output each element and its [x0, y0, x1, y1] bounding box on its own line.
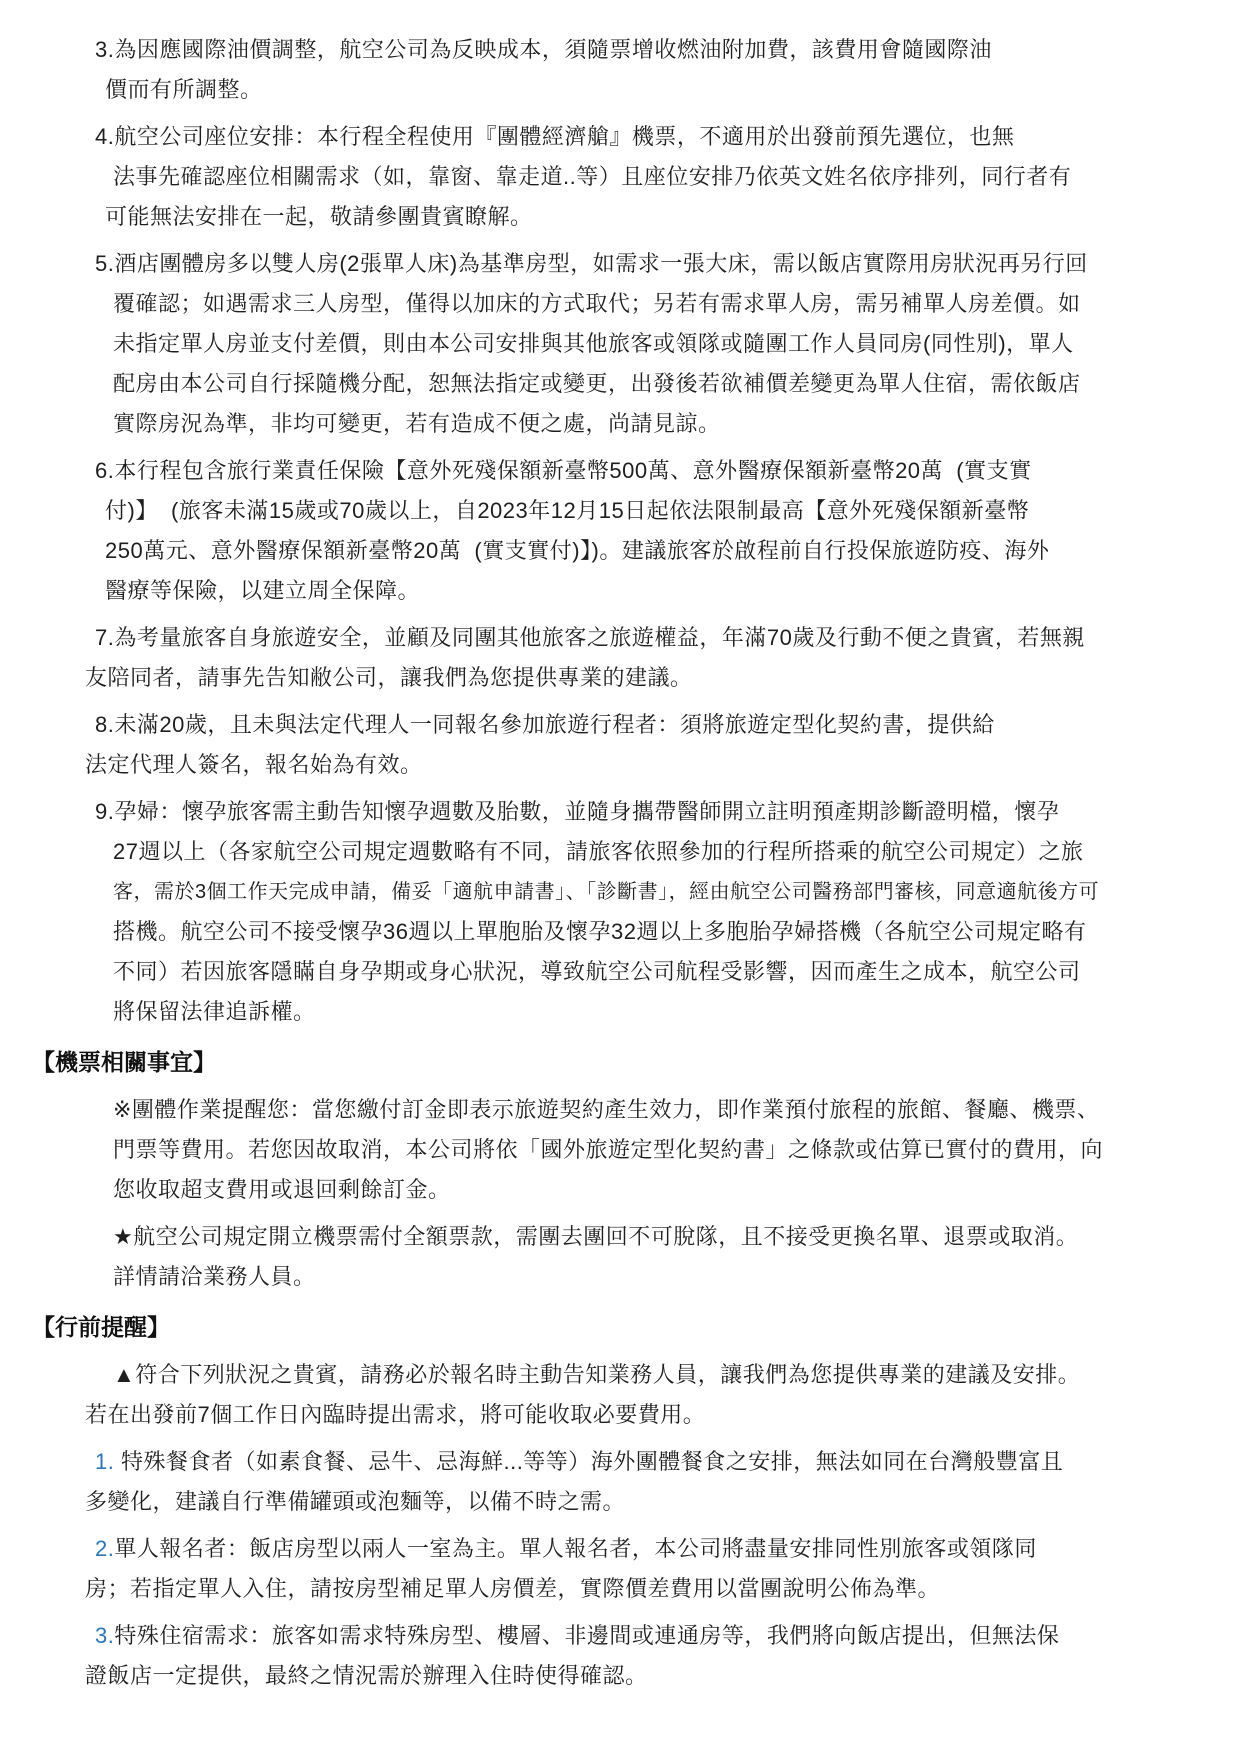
terms-document: 3.為因應國際油價調整，航空公司為反映成本，須隨票增收燃油附加費，該費用會隨國際… — [0, 0, 1241, 1696]
text-line: ★航空公司規定開立機票需付全額票款，需團去團回不可脫隊，且不接受更換名單、退票或… — [0, 1217, 1241, 1257]
line-text: 27週以上（各家航空公司規定週數略有不同，請旅客依照參加的行程所搭乘的航空公司規… — [113, 839, 1083, 864]
line-text: 為考量旅客自身旅遊安全，並顧及同團其他旅客之旅遊權益，年滿70歲及行動不便之貴賓… — [114, 625, 1084, 650]
line-text: 未滿20歲，且未與法定代理人一同報名參加旅遊行程者：須將旅遊定型化契約書，提供給 — [114, 712, 994, 737]
text-line: 27週以上（各家航空公司規定週數略有不同，請旅客依照參加的行程所搭乘的航空公司規… — [0, 832, 1241, 872]
line-text: ★航空公司規定開立機票需付全額票款，需團去團回不可脫隊，且不接受更換名單、退票或… — [113, 1224, 1078, 1249]
notice-item-8: 8.未滿20歲，且未與法定代理人一同報名參加旅遊行程者：須將旅遊定型化契約書，提… — [0, 705, 1241, 785]
text-line: 搭機。航空公司不接受懷孕36週以上單胞胎及懷孕32週以上多胞胎孕婦搭機（各航空公… — [0, 912, 1241, 952]
line-text: 配房由本公司自行採隨機分配，恕無法指定或變更，出發後若欲補價差變更為單人住宿，需… — [113, 371, 1081, 396]
notice-item-6: 6.本行程包含旅行業責任保險【意外死殘保額新臺幣500萬、意外醫療保額新臺幣20… — [0, 451, 1241, 611]
text-line: 友陪同者，請事先告知敝公司，讓我們為您提供專業的建議。 — [0, 658, 1241, 698]
line-text: 特殊住宿需求：旅客如需求特殊房型、樓層、非邊間或連通房等，我們將向飯店提出，但無… — [114, 1623, 1059, 1648]
item-number: 8. — [95, 712, 114, 737]
line-text: 可能無法安排在一起，敬請參團貴賓瞭解。 — [105, 204, 533, 229]
line-text: 航空公司座位安排：本行程全程使用『團體經濟艙』機票，不適用於出發前預先選位，也無 — [114, 124, 1014, 149]
text-line: 5.酒店團體房多以雙人房(2張單人床)為基準房型，如需求一張大床，需以飯店實際用… — [0, 244, 1241, 284]
text-line: 250萬元、意外醫療保額新臺幣20萬 (實支實付)】)。建議旅客於啟程前自行投保… — [0, 531, 1241, 571]
text-line: 詳情請洽業務人員。 — [0, 1257, 1241, 1297]
item-number: 3. — [95, 1623, 114, 1648]
pretrip-intro: ▲符合下列狀況之貴賓，請務必於報名時主動告知業務人員，讓我們為您提供專業的建議及… — [0, 1355, 1241, 1435]
line-text: 孕婦：懷孕旅客需主動告知懷孕週數及胎數，並隨身攜帶醫師開立註明預產期診斷證明檔，… — [114, 799, 1059, 824]
item-number: 4. — [95, 124, 114, 149]
line-text: 特殊餐食者（如素食餐、忌牛、忌海鮮...等等）海外團體餐食之安排，無法如同在台灣… — [114, 1449, 1063, 1474]
notice-item-5: 5.酒店團體房多以雙人房(2張單人床)為基準房型，如需求一張大床，需以飯店實際用… — [0, 244, 1241, 444]
line-text: 客，需於3個工作天完成申請，備妥「適航申請書」、「診斷書」，經由航空公司醫務部門… — [113, 881, 1099, 903]
text-line: 2.單人報名者：飯店房型以兩人一室為主。單人報名者，本公司將盡量安排同性別旅客或… — [0, 1529, 1241, 1569]
text-line: 客，需於3個工作天完成申請，備妥「適航申請書」、「診斷書」，經由航空公司醫務部門… — [0, 872, 1241, 912]
section-heading-pretrip: 【行前提醒】 — [0, 1306, 1241, 1348]
line-text: 詳情請洽業務人員。 — [113, 1264, 316, 1289]
text-line: 3.特殊住宿需求：旅客如需求特殊房型、樓層、非邊間或連通房等，我們將向飯店提出，… — [0, 1616, 1241, 1656]
line-text: ▲符合下列狀況之貴賓，請務必於報名時主動告知業務人員，讓我們為您提供專業的建議及… — [113, 1362, 1080, 1387]
text-line: 醫療等保險，以建立周全保障。 — [0, 571, 1241, 611]
line-text: 友陪同者，請事先告知敝公司，讓我們為您提供專業的建議。 — [85, 665, 693, 690]
item-number: 6. — [95, 458, 114, 483]
item-number: 7. — [95, 625, 114, 650]
text-line: 6.本行程包含旅行業責任保險【意外死殘保額新臺幣500萬、意外醫療保額新臺幣20… — [0, 451, 1241, 491]
text-line: 不同）若因旅客隱瞞自身孕期或身心狀況，導致航空公司航程受影響，因而產生之成本，航… — [0, 952, 1241, 992]
item-number: 3. — [95, 37, 114, 62]
line-text: 不同）若因旅客隱瞞自身孕期或身心狀況，導致航空公司航程受影響，因而產生之成本，航… — [113, 959, 1081, 984]
line-text: 單人報名者：飯店房型以兩人一室為主。單人報名者，本公司將盡量安排同性別旅客或領隊… — [114, 1536, 1037, 1561]
text-line: 9.孕婦：懷孕旅客需主動告知懷孕週數及胎數，並隨身攜帶醫師開立註明預產期診斷證明… — [0, 792, 1241, 832]
text-line: 付)】 (旅客未滿15歲或70歲以上，自2023年12月15日起依法限制最高【意… — [0, 491, 1241, 531]
item-number: 1. — [95, 1449, 114, 1474]
text-line: ※團體作業提醒您：當您繳付訂金即表示旅遊契約產生效力，即作業預付旅程的旅館、餐廳… — [0, 1090, 1241, 1130]
text-line: 您收取超支費用或退回剩餘訂金。 — [0, 1170, 1241, 1210]
text-line: 可能無法安排在一起，敬請參團貴賓瞭解。 — [0, 197, 1241, 237]
line-text: 實際房況為準，非均可變更，若有造成不便之處，尚請見諒。 — [113, 411, 721, 436]
line-text: 您收取超支費用或退回剩餘訂金。 — [113, 1177, 451, 1202]
ticket-para-fullfare: ★航空公司規定開立機票需付全額票款，需團去團回不可脫隊，且不接受更換名單、退票或… — [0, 1217, 1241, 1297]
text-line: 4.航空公司座位安排：本行程全程使用『團體經濟艙』機票，不適用於出發前預先選位，… — [0, 117, 1241, 157]
text-line: 門票等費用。若您因故取消，本公司將依「國外旅遊定型化契約書」之條款或估算已實付的… — [0, 1130, 1241, 1170]
pretrip-item-3: 3.特殊住宿需求：旅客如需求特殊房型、樓層、非邊間或連通房等，我們將向飯店提出，… — [0, 1616, 1241, 1696]
line-text: 法事先確認座位相關需求（如，靠窗、靠走道..等）且座位安排乃依英文姓名依序排列，… — [113, 164, 1071, 189]
line-text: 法定代理人簽名，報名始為有效。 — [85, 752, 423, 777]
line-text: 250萬元、意外醫療保額新臺幣20萬 (實支實付)】)。建議旅客於啟程前自行投保… — [105, 538, 1049, 563]
text-line: 3.為因應國際油價調整，航空公司為反映成本，須隨票增收燃油附加費，該費用會隨國際… — [0, 30, 1241, 70]
text-line: 價而有所調整。 — [0, 70, 1241, 110]
notice-item-7: 7.為考量旅客自身旅遊安全，並顧及同團其他旅客之旅遊權益，年滿70歲及行動不便之… — [0, 618, 1241, 698]
item-number: 2. — [95, 1536, 114, 1561]
section-heading-ticket: 【機票相關事宜】 — [0, 1041, 1241, 1083]
text-line: 法定代理人簽名，報名始為有效。 — [0, 745, 1241, 785]
text-line: 若在出發前7個工作日內臨時提出需求，將可能收取必要費用。 — [0, 1395, 1241, 1435]
notice-item-3: 3.為因應國際油價調整，航空公司為反映成本，須隨票增收燃油附加費，該費用會隨國際… — [0, 30, 1241, 110]
text-line: 未指定單人房並支付差價，則由本公司安排與其他旅客或領隊或隨團工作人員同房(同性別… — [0, 324, 1241, 364]
text-line: 實際房況為準，非均可變更，若有造成不便之處，尚請見諒。 — [0, 404, 1241, 444]
line-text: 覆確認；如遇需求三人房型，僅得以加床的方式取代；另若有需求單人房，需另補單人房差… — [113, 291, 1081, 316]
text-line: ▲符合下列狀況之貴賓，請務必於報名時主動告知業務人員，讓我們為您提供專業的建議及… — [0, 1355, 1241, 1395]
line-text: 付)】 (旅客未滿15歲或70歲以上，自2023年12月15日起依法限制最高【意… — [105, 498, 1029, 523]
text-line: 配房由本公司自行採隨機分配，恕無法指定或變更，出發後若欲補價差變更為單人住宿，需… — [0, 364, 1241, 404]
line-text: 若在出發前7個工作日內臨時提出需求，將可能收取必要費用。 — [85, 1402, 705, 1427]
text-line: 覆確認；如遇需求三人房型，僅得以加床的方式取代；另若有需求單人房，需另補單人房差… — [0, 284, 1241, 324]
pretrip-item-1: 1. 特殊餐食者（如素食餐、忌牛、忌海鮮...等等）海外團體餐食之安排，無法如同… — [0, 1442, 1241, 1522]
line-text: 房；若指定單人入住，請按房型補足單人房價差，實際價差費用以當團說明公佈為準。 — [85, 1576, 940, 1601]
line-text: 將保留法律追訴權。 — [113, 999, 316, 1024]
pretrip-item-2: 2.單人報名者：飯店房型以兩人一室為主。單人報名者，本公司將盡量安排同性別旅客或… — [0, 1529, 1241, 1609]
line-text: 多變化，建議自行準備罐頭或泡麵等，以備不時之需。 — [85, 1489, 625, 1514]
line-text: 醫療等保險，以建立周全保障。 — [105, 578, 420, 603]
line-text: 搭機。航空公司不接受懷孕36週以上單胞胎及懷孕32週以上多胞胎孕婦搭機（各航空公… — [113, 919, 1086, 944]
text-line: 法事先確認座位相關需求（如，靠窗、靠走道..等）且座位安排乃依英文姓名依序排列，… — [0, 157, 1241, 197]
item-number: 9. — [95, 799, 114, 824]
line-text: 本行程包含旅行業責任保險【意外死殘保額新臺幣500萬、意外醫療保額新臺幣20萬 … — [114, 458, 1031, 483]
item-number: 5. — [95, 251, 114, 276]
text-line: 房；若指定單人入住，請按房型補足單人房價差，實際價差費用以當團說明公佈為準。 — [0, 1569, 1241, 1609]
text-line: 7.為考量旅客自身旅遊安全，並顧及同團其他旅客之旅遊權益，年滿70歲及行動不便之… — [0, 618, 1241, 658]
notice-item-9: 9.孕婦：懷孕旅客需主動告知懷孕週數及胎數，並隨身攜帶醫師開立註明預產期診斷證明… — [0, 792, 1241, 1032]
line-text: 為因應國際油價調整，航空公司為反映成本，須隨票增收燃油附加費，該費用會隨國際油 — [114, 37, 992, 62]
text-line: 證飯店一定提供，最終之情況需於辦理入住時使得確認。 — [0, 1656, 1241, 1696]
ticket-para-deposit: ※團體作業提醒您：當您繳付訂金即表示旅遊契約產生效力，即作業預付旅程的旅館、餐廳… — [0, 1090, 1241, 1210]
line-text: 酒店團體房多以雙人房(2張單人床)為基準房型，如需求一張大床，需以飯店實際用房狀… — [114, 251, 1087, 276]
text-line: 將保留法律追訴權。 — [0, 992, 1241, 1032]
text-line: 多變化，建議自行準備罐頭或泡麵等，以備不時之需。 — [0, 1482, 1241, 1522]
line-text: ※團體作業提醒您：當您繳付訂金即表示旅遊契約產生效力，即作業預付旅程的旅館、餐廳… — [113, 1097, 1099, 1122]
line-text: 證飯店一定提供，最終之情況需於辦理入住時使得確認。 — [85, 1663, 648, 1688]
notice-item-4: 4.航空公司座位安排：本行程全程使用『團體經濟艙』機票，不適用於出發前預先選位，… — [0, 117, 1241, 237]
line-text: 價而有所調整。 — [105, 77, 263, 102]
text-line: 8.未滿20歲，且未與法定代理人一同報名參加旅遊行程者：須將旅遊定型化契約書，提… — [0, 705, 1241, 745]
line-text: 門票等費用。若您因故取消，本公司將依「國外旅遊定型化契約書」之條款或估算已實付的… — [113, 1137, 1103, 1162]
text-line: 1. 特殊餐食者（如素食餐、忌牛、忌海鮮...等等）海外團體餐食之安排，無法如同… — [0, 1442, 1241, 1482]
line-text: 未指定單人房並支付差價，則由本公司安排與其他旅客或領隊或隨團工作人員同房(同性別… — [113, 331, 1074, 356]
